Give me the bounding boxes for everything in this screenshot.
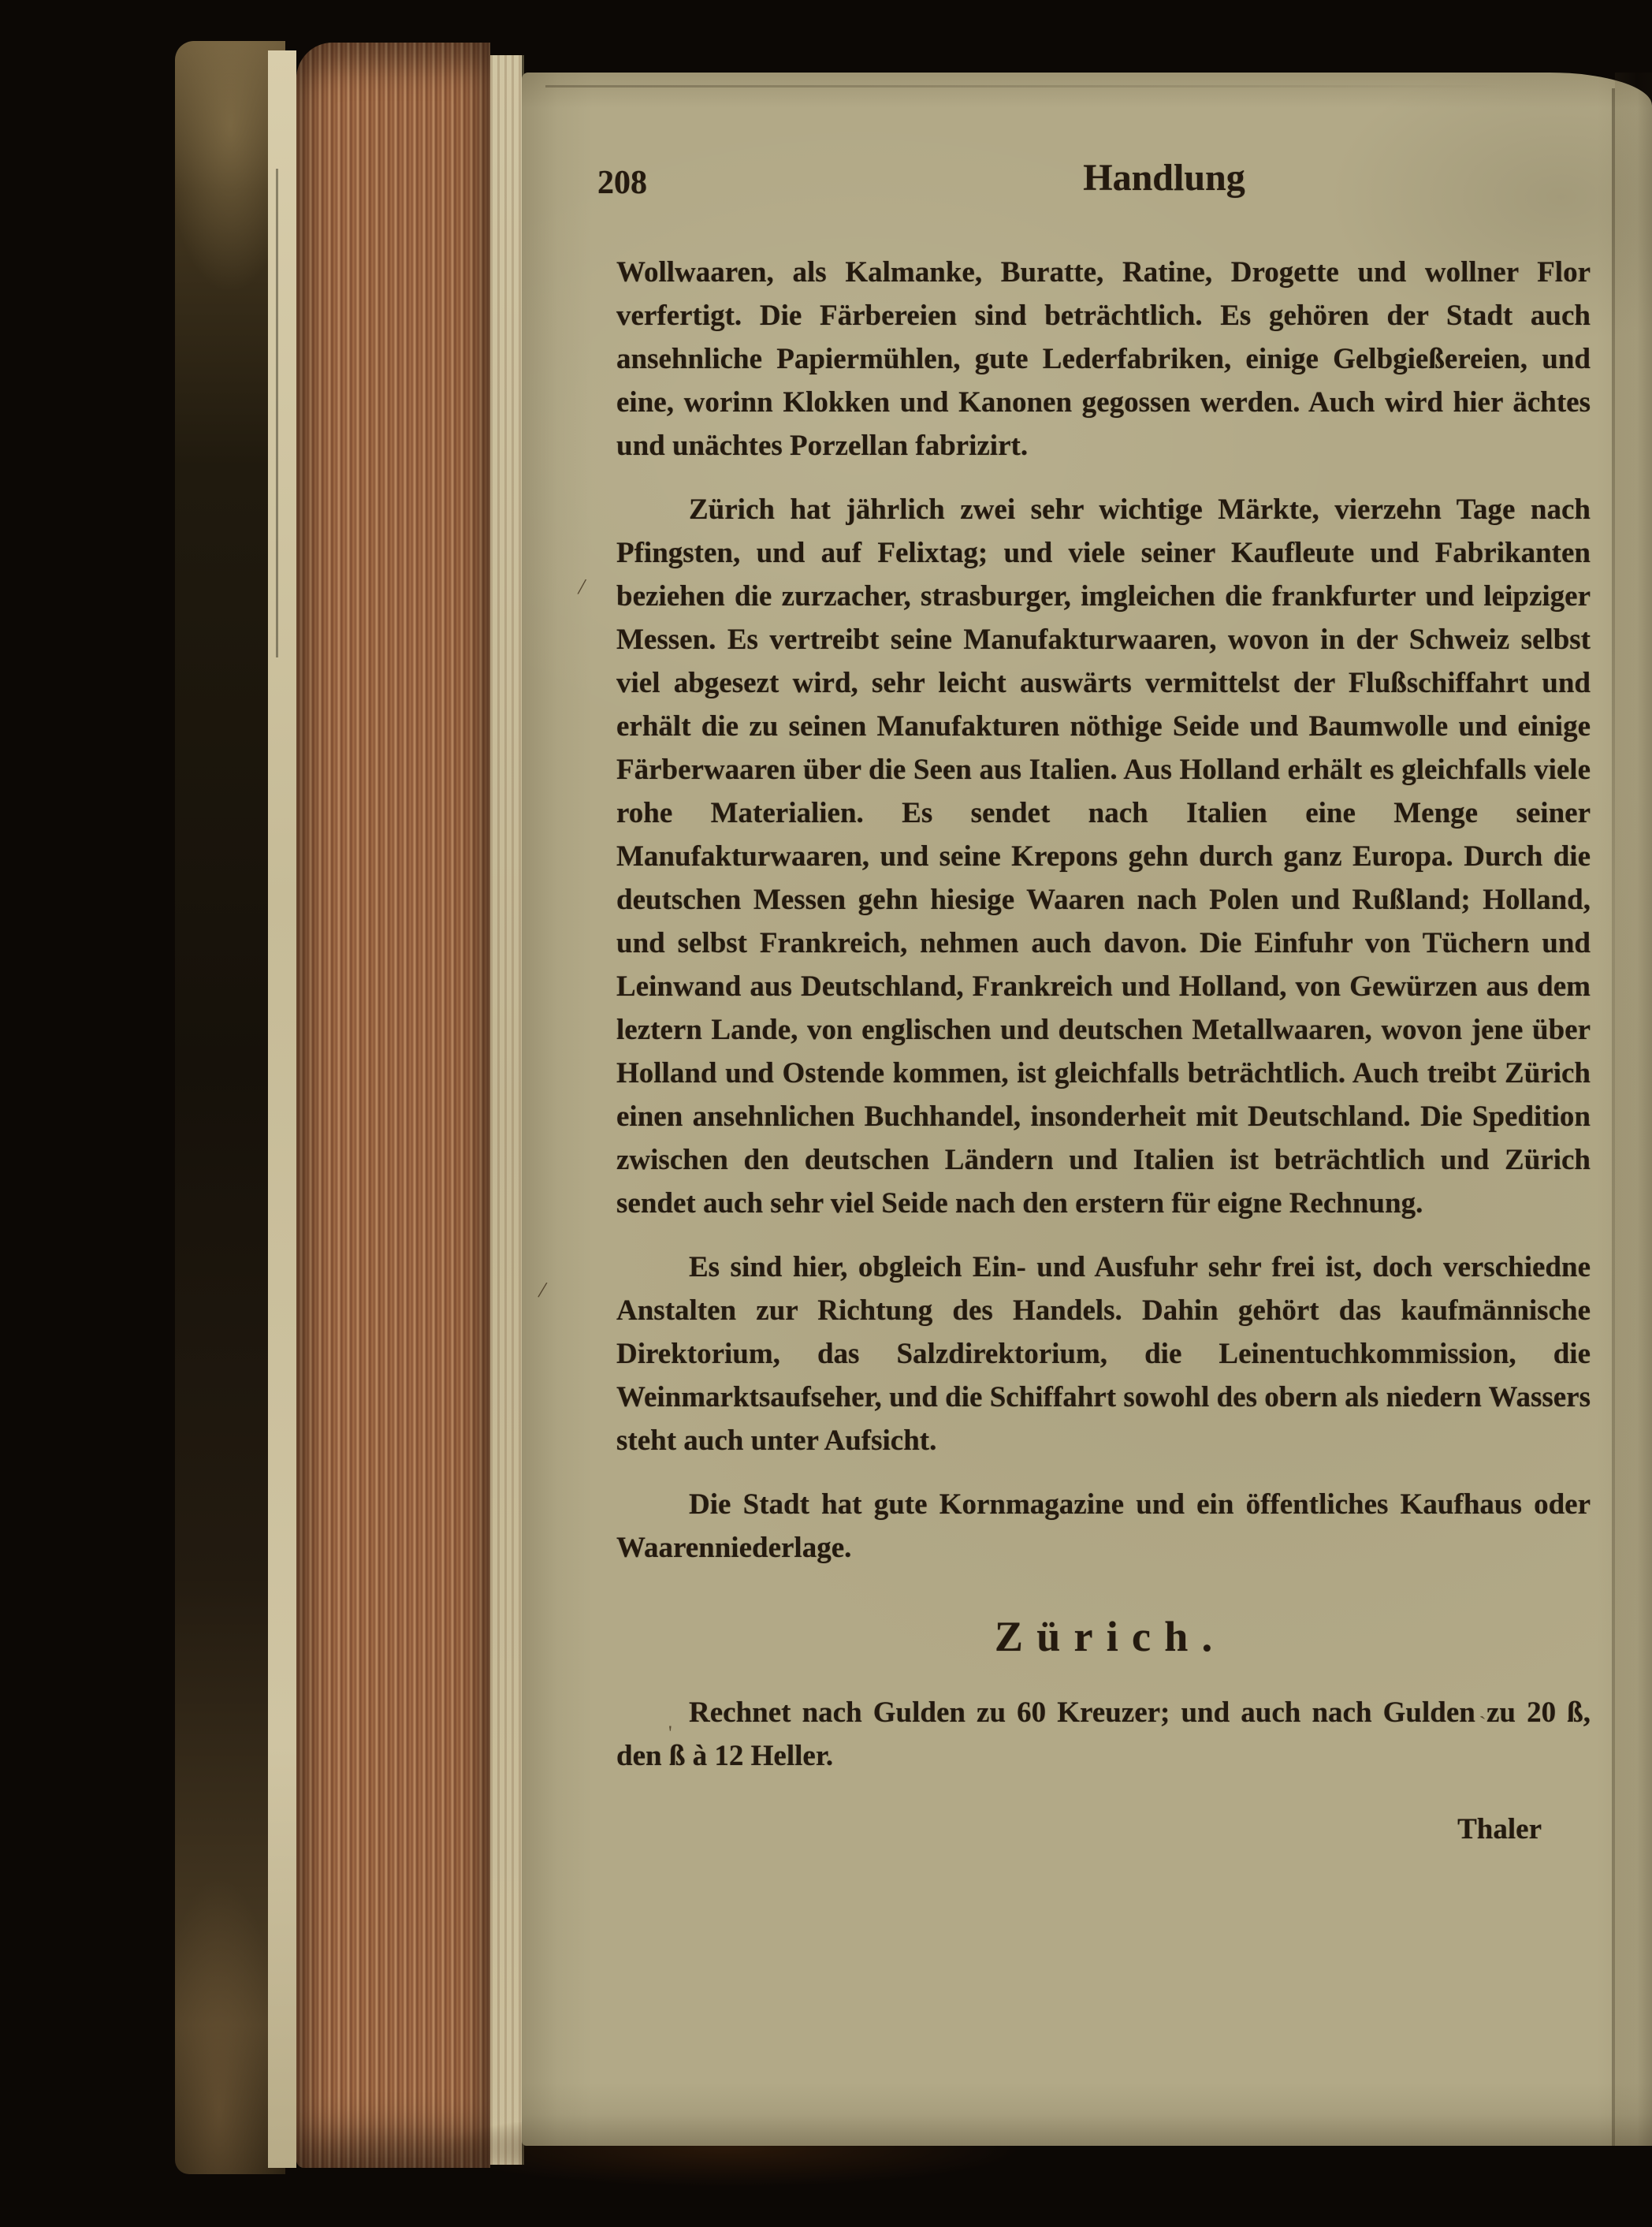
paragraph: Rechnet nach Gulden zu 60 Kreuzer; und a… [616, 1691, 1591, 1778]
paragraph: Die Stadt hat gute Kornmagazine und ein … [616, 1483, 1591, 1570]
page-top-edge-line [545, 85, 1510, 88]
page-edge-strip [268, 50, 296, 2168]
paragraph: Wollwaaren, als Kalmanke, Buratte, Ratin… [616, 251, 1591, 467]
margin-ink-mark: / [537, 1277, 549, 1305]
paragraph: Es sind hier, obgleich Ein- und Ausfuhr … [616, 1246, 1591, 1462]
paragraph: Zürich hat jährlich zwei sehr wichtige M… [616, 488, 1591, 1225]
running-head: Handlung [963, 156, 1365, 199]
page-surface: 208 Handlung / / ' ` Wollwaaren, als Kal… [522, 73, 1652, 2146]
page-stack-fore-edge [296, 43, 490, 2168]
book-scan: 208 Handlung / / ' ` Wollwaaren, als Kal… [0, 0, 1652, 2227]
page-number: 208 [597, 164, 647, 202]
margin-ink-mark: / [576, 574, 587, 601]
catchword: Thaler [616, 1812, 1591, 1846]
text-block: Wollwaaren, als Kalmanke, Buratte, Ratin… [616, 251, 1591, 1846]
page-crease-shade [1615, 73, 1652, 2146]
page-edge-strip [490, 55, 524, 2165]
section-heading: Zürich. [616, 1612, 1591, 1661]
